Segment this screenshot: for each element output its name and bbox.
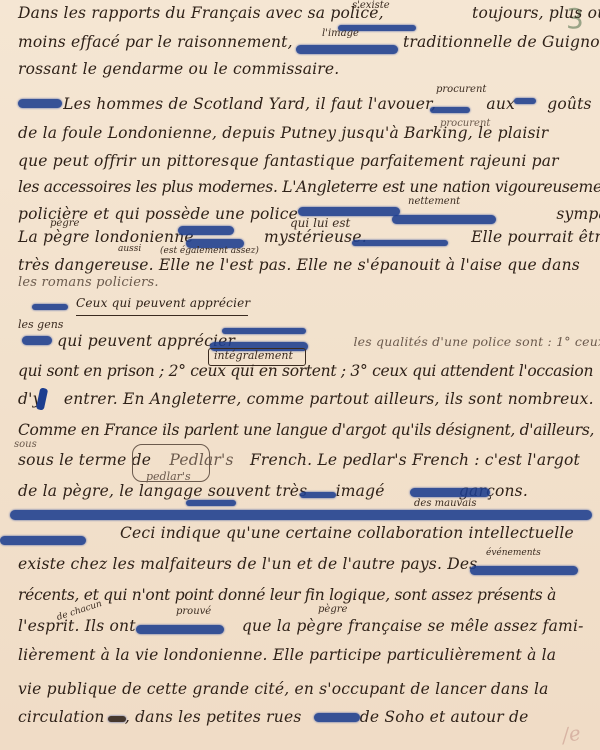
- line-23-text-b: que la pègre française se mêle assez fam…: [242, 617, 584, 635]
- line-13-text-b: les qualités d'une police sont : 1° ceux: [353, 334, 600, 349]
- text-line-3: rossant le gendarme ou le commissaire.: [18, 60, 339, 78]
- text-line-21: existe chez les malfaiteurs de l'un et d…: [18, 555, 477, 573]
- line-2-text-b: traditionnelle de Guignol: [403, 33, 600, 51]
- line-14-text: qui sont en prison ; 2° ceux qui en sort…: [18, 362, 593, 380]
- line-1-text-b: toujours, plus ou: [472, 4, 600, 22]
- text-line-15: d'y entrer. En Angleterre, comme partout…: [18, 390, 594, 408]
- strike-out: [392, 215, 496, 224]
- line-10-text: très dangereuse.: [18, 256, 154, 274]
- line-15-text-b: entrer. En Angleterre, comme partout ail…: [64, 390, 594, 408]
- strike-out: [32, 304, 68, 310]
- line-17-text-b: French. Le pedlar's French : c'est l'arg…: [250, 451, 580, 469]
- line-12-text: Ceux qui peuvent apprécier: [76, 296, 250, 310]
- text-line-26: circulation , dans les petites rues de S…: [18, 708, 529, 726]
- line-21-text: existe chez les malfaiteurs de l'un et d…: [18, 555, 477, 573]
- strike-out: [222, 328, 306, 334]
- strike-out: [314, 713, 360, 722]
- line-13-text: qui peuvent apprécier: [57, 332, 235, 350]
- strike-out: [178, 226, 234, 235]
- strike-out: [470, 566, 578, 575]
- insertion-integralement: intégralement: [214, 349, 293, 362]
- line-10-text-b: Elle ne l'est pas. Elle ne s'épanouit à …: [159, 256, 580, 274]
- strike-out-full-line: [10, 510, 592, 520]
- strike-out: [514, 98, 536, 104]
- text-line-23: l'esprit. Ils ont que la pègre française…: [18, 617, 584, 635]
- line-26-text: circulation: [18, 708, 105, 726]
- insertion-pegre-2: pègre: [318, 604, 347, 615]
- text-line-24: lièrement à la vie londonienne. Elle par…: [18, 646, 556, 664]
- insertion-qui-lui-est: qui lui est: [290, 216, 350, 230]
- line-25-text: vie publique de cette grande cité, en s'…: [18, 680, 549, 698]
- line-6-text: que peut offrir un pittoresque fantastiq…: [18, 152, 559, 170]
- line-24-text: lièrement à la vie londonienne. Elle par…: [18, 646, 556, 664]
- text-line-4: Les hommes de Scotland Yard, il faut l'a…: [18, 95, 592, 113]
- line-4-text: Les hommes de Scotland Yard, il faut l'a…: [63, 95, 436, 113]
- text-line-11: les romans policiers.: [18, 275, 159, 290]
- line-23-text: l'esprit. Ils ont: [18, 617, 136, 635]
- line-7-text: les accessoires les plus modernes. L'Ang…: [18, 178, 600, 196]
- text-line-13: qui peuvent apprécier les qualités d'une…: [18, 332, 600, 350]
- line-26-text-b: , dans les petites rues: [125, 708, 302, 726]
- line-20-text: Ceci indique qu'une certaine collaborati…: [120, 524, 574, 542]
- strike-out: [430, 107, 470, 113]
- margin-mark: /e: [560, 721, 582, 748]
- insertion-sous: sous: [14, 439, 37, 450]
- line-16-text: Comme en France ils parlent une langue d…: [18, 421, 594, 439]
- insertion-nettement: nettement: [408, 196, 460, 207]
- line-26-text-c: de Soho et autour de: [360, 708, 529, 726]
- text-line-16: Comme en France ils parlent une langue d…: [18, 421, 594, 439]
- text-line-17: sous le terme de Pedlar's French. Le ped…: [18, 451, 580, 469]
- strike-out: [410, 488, 490, 497]
- manuscript-page: 3 Dans les rapports du Français avec sa …: [0, 0, 600, 750]
- text-line-20: Ceci indique qu'une certaine collaborati…: [120, 524, 574, 542]
- strike-out: [298, 207, 400, 216]
- text-line-25: vie publique de cette grande cité, en s'…: [18, 680, 549, 698]
- text-line-9: La pègre londonienne mystérieuse. Elle p…: [18, 228, 600, 246]
- strike-out: [108, 716, 126, 722]
- text-line-1: Dans les rapports du Français avec sa po…: [18, 4, 600, 22]
- text-line-14: qui sont en prison ; 2° ceux qui en sort…: [18, 362, 593, 380]
- strike-out: [136, 625, 224, 634]
- line-4-aux: aux: [486, 95, 515, 113]
- underline: [76, 315, 248, 316]
- insertion-des-mauvais: des mauvais: [414, 498, 476, 509]
- strike-out: [300, 492, 336, 498]
- line-18-text: de la pègre, le langage souvent très: [18, 482, 307, 500]
- text-line-10: très dangereuse. Elle ne l'est pas. Elle…: [18, 256, 580, 274]
- strike-out: [18, 99, 62, 108]
- insertion-procurent-2: procurent: [440, 118, 490, 129]
- line-4-gouts: goûts: [547, 95, 591, 113]
- text-line-6: que peut offrir un pittoresque fantastiq…: [18, 152, 559, 170]
- strike-out: [186, 500, 236, 506]
- line-1-text: Dans les rapports du Français avec sa po…: [18, 4, 384, 22]
- insertion-les-gens: les gens: [18, 318, 63, 331]
- strike-out: [0, 536, 86, 545]
- line-11-text: les romans policiers.: [18, 275, 159, 290]
- strike-out: [352, 240, 448, 246]
- insertion-aussi: aussi: [118, 244, 141, 254]
- insertion-est-egalement-assez: (est également assez): [160, 246, 259, 256]
- insertion-evenements: événements: [486, 548, 541, 558]
- line-9-text-d: Elle pourrait être: [471, 228, 600, 246]
- insertion-sexiste: s'existe: [352, 0, 390, 11]
- line-18-text-b: imagé: [336, 482, 385, 500]
- insertion-limage: l'image: [322, 28, 359, 39]
- insertion-prouve: prouvé: [176, 606, 211, 617]
- line-2-text: moins effacé par le raisonnement,: [18, 33, 293, 51]
- line-8-text-b: sympathique.: [556, 205, 600, 223]
- strike-out: [22, 336, 52, 345]
- strike-out: [296, 45, 398, 54]
- line-3-text: rossant le gendarme ou le commissaire.: [18, 60, 339, 78]
- text-line-12: Ceux qui peuvent apprécier: [76, 296, 250, 310]
- line-9-text: La pègre londonienne: [18, 228, 194, 246]
- insertion-procurent: procurent: [436, 84, 486, 95]
- text-line-7: les accessoires les plus modernes. L'Ang…: [18, 178, 600, 196]
- insertion-pegre: pègre: [50, 218, 79, 229]
